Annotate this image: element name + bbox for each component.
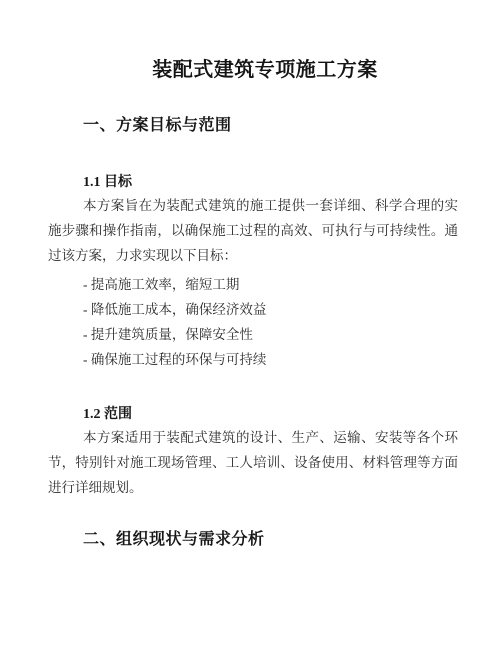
scope-paragraph: 本方案适用于装配式建筑的设计、生产、运输、安装等各个环节，特别针对施工现场管理、… (48, 425, 458, 500)
section-2-heading: 二、组织现状与需求分析 (48, 530, 458, 550)
goal-bullet-4: - 确保施工过程的环保与可持续 (48, 347, 458, 372)
subsection-1-1-heading: 1.1 目标 (48, 173, 458, 193)
document-page: 装配式建筑专项施工方案 一、方案目标与范围 1.1 目标 本方案旨在为装配式建筑… (0, 0, 500, 647)
subsection-1-2-heading: 1.2 范围 (48, 405, 458, 425)
section-1-heading: 一、方案目标与范围 (48, 116, 458, 136)
goal-bullet-3: - 提升建筑质量，保障安全性 (48, 322, 458, 347)
goal-paragraph: 本方案旨在为装配式建筑的施工提供一套详细、科学合理的实施步骤和操作指南，以确保施… (48, 193, 458, 268)
goal-bullet-2: - 降低施工成本，确保经济效益 (48, 297, 458, 322)
goal-bullet-1: - 提高施工效率，缩短工期 (48, 272, 458, 297)
document-title: 装配式建筑专项施工方案 (48, 58, 458, 82)
